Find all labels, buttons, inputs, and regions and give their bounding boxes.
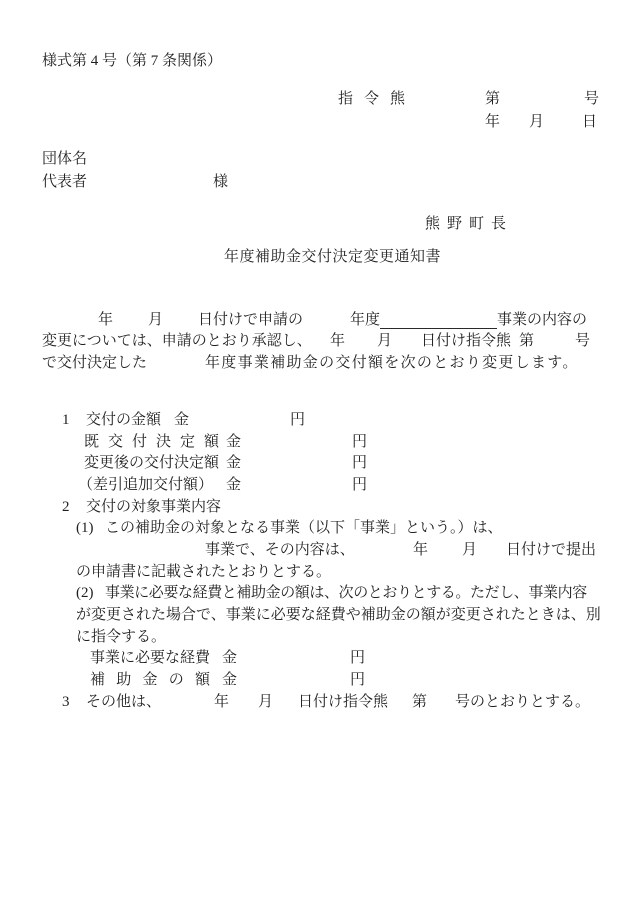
- item3-dai: 第: [412, 693, 427, 712]
- new-decision-kin: 金: [226, 454, 241, 473]
- item3-head: その他は、: [86, 693, 161, 712]
- item1-kin-label: 金: [174, 411, 189, 430]
- additional-amount-kin: 金: [226, 476, 241, 495]
- prev-decision-yen: 円: [352, 433, 367, 452]
- issuer-name: 熊野町長: [425, 215, 513, 234]
- new-decision-label: 変更後の交付決定額: [84, 454, 219, 473]
- item2-sub2-marker: (2): [76, 584, 94, 603]
- representative-label: 代表者: [42, 173, 87, 192]
- para-line3-tail: 年度事業補助金の交付額を次のとおり変更します。: [205, 354, 579, 373]
- para-applied-text: 日付けで申請の: [198, 311, 303, 330]
- item2-sub2-line1: 事業に必要な経費と補助金の額は、次のとおりとする。ただし、事業内容: [105, 584, 587, 603]
- date-year-label: 年: [485, 113, 500, 132]
- item3-number: 3: [62, 693, 70, 712]
- para-line2-head: 変更については、申請のとおり承認し、: [42, 332, 312, 351]
- directive-agency-label: 指令熊: [338, 90, 416, 109]
- item2-sub1-line2-tail: 日付けで提出: [506, 541, 596, 560]
- item1-number: 1: [62, 411, 70, 430]
- item3-tail: 号のとおりとする。: [455, 693, 590, 712]
- para-nendo-label: 年度: [350, 311, 380, 330]
- date-month-label: 月: [529, 113, 544, 132]
- item2-number: 2: [62, 498, 70, 517]
- item3-mid: 日付け指令熊: [298, 693, 388, 712]
- new-decision-yen: 円: [352, 454, 367, 473]
- item2-sub2-line3: に指令する。: [76, 628, 166, 647]
- item2-sub1-month: 月: [462, 541, 477, 560]
- para-dai: 第: [519, 332, 534, 351]
- subsidy-amount-label: 補助金の額: [90, 671, 210, 690]
- item2-sub1-year: 年: [413, 541, 428, 560]
- prev-decision-kin: 金: [226, 433, 241, 452]
- item1-label: 交付の金額: [86, 411, 161, 430]
- para-month1: 月: [148, 311, 163, 330]
- para-year2: 年: [330, 332, 345, 351]
- item2-sub1-line1: この補助金の対象となる事業（以下「事業」という。）は、: [105, 519, 503, 538]
- group-name-label: 団体名: [42, 150, 87, 169]
- prev-decision-label: 既交付決定額: [84, 433, 219, 452]
- item3-month: 月: [258, 693, 273, 712]
- honorific-label: 様: [213, 173, 228, 192]
- para-month2: 月: [377, 332, 392, 351]
- item2-sub2-line2: が変更された場合で、事業に必要な経費や補助金の額が変更されたときは、別: [76, 606, 601, 625]
- item2-sub1-marker: (1): [76, 519, 94, 538]
- para-year1: 年: [98, 311, 113, 330]
- para-line3-head: で交付決定した: [42, 354, 147, 373]
- form-number: 様式第 4 号（第 7 条関係）: [42, 52, 222, 71]
- directive-number-prefix: 第: [485, 90, 500, 109]
- item2-label: 交付の対象事業内容: [86, 498, 221, 517]
- item2-sub1-line3: の申請書に記載されたとおりとする。: [76, 563, 331, 582]
- item2-sub1-line2-head: 事業で、その内容は、: [205, 541, 355, 560]
- project-cost-yen: 円: [350, 649, 365, 668]
- item3-year: 年: [214, 693, 229, 712]
- project-cost-label: 事業に必要な経費: [90, 649, 210, 668]
- subsidy-amount-kin: 金: [222, 671, 237, 690]
- document-page: 様式第 4 号（第 7 条関係） 指令熊 第 号 年 月 日 団体名 代表者 様…: [0, 0, 630, 915]
- para-go: 号: [575, 332, 590, 351]
- item1-yen-label: 円: [290, 411, 305, 430]
- document-title: 年度補助金交付決定変更通知書: [224, 248, 441, 267]
- subsidy-amount-yen: 円: [350, 671, 365, 690]
- additional-amount-label: （差引追加交付額）: [78, 476, 213, 495]
- project-cost-kin: 金: [222, 649, 237, 668]
- additional-amount-yen: 円: [352, 476, 367, 495]
- date-day-label: 日: [582, 113, 597, 132]
- directive-number-suffix: 号: [584, 90, 599, 109]
- fill-in-underline: [380, 311, 497, 329]
- para-line2-mid: 日付け指令熊: [421, 332, 511, 351]
- para-content-text: 事業の内容の: [497, 311, 587, 330]
